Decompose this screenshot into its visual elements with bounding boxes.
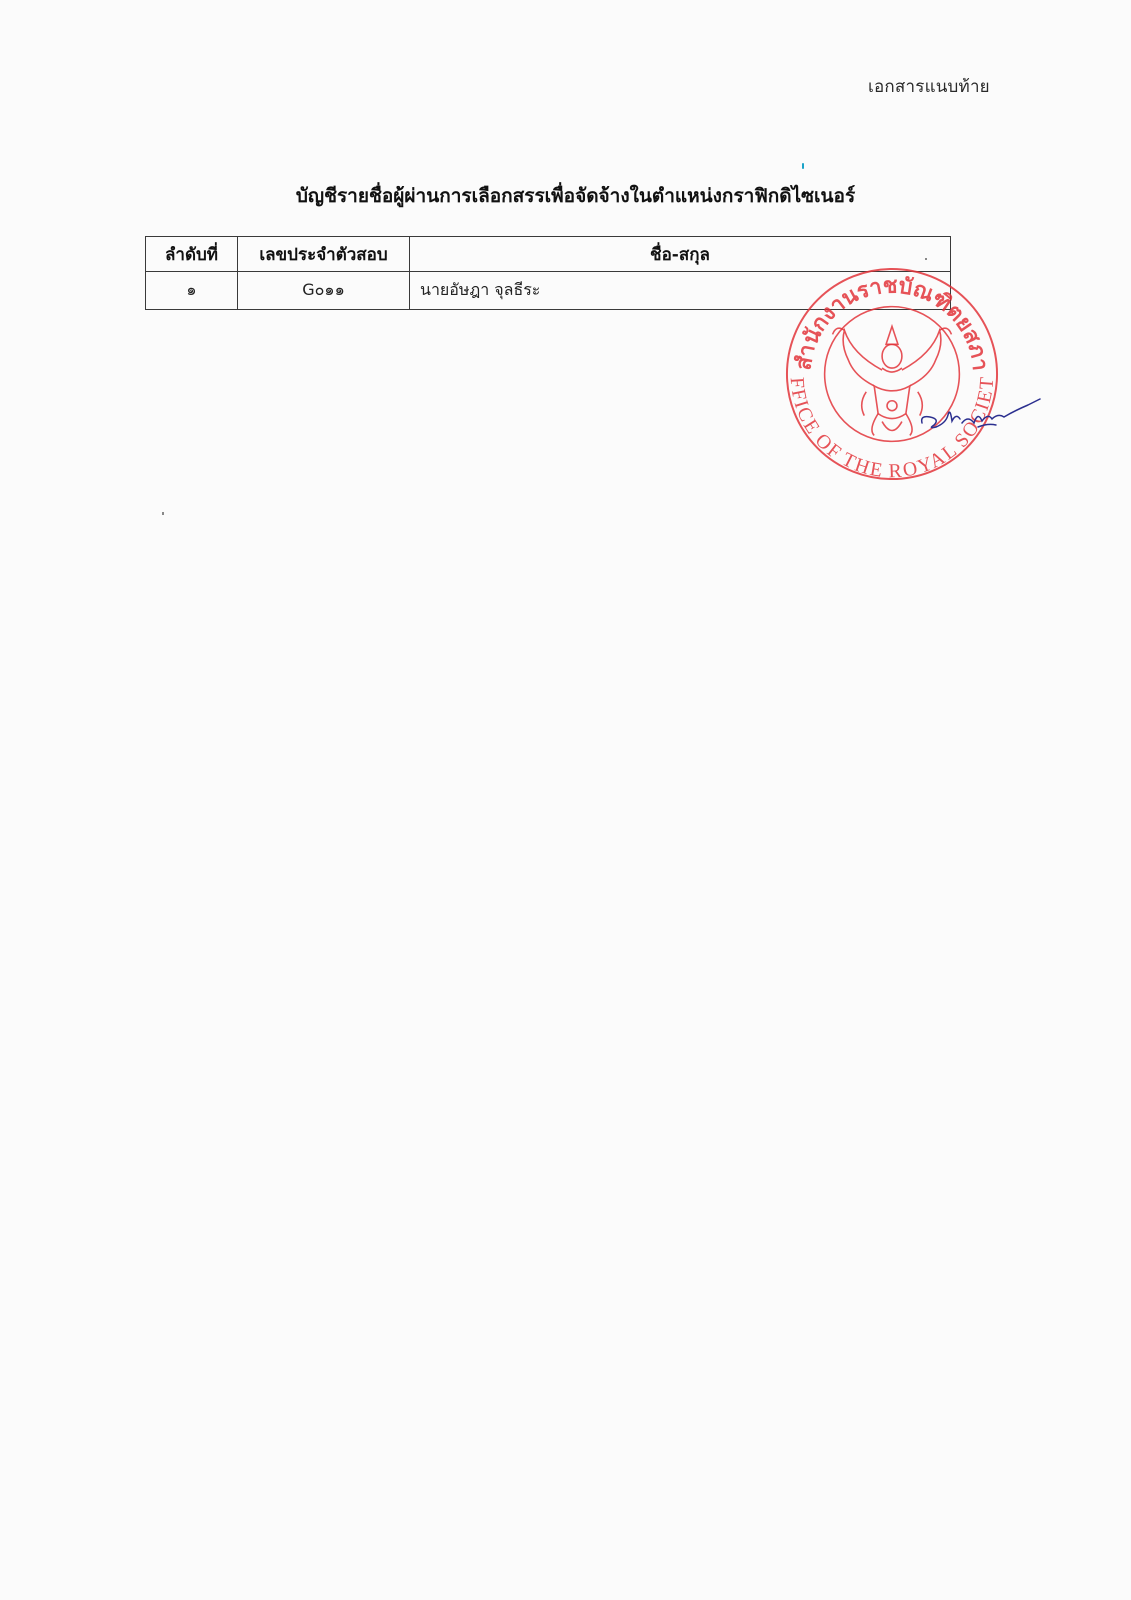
cell-order: ๑ bbox=[146, 272, 238, 310]
scan-speck bbox=[162, 512, 164, 515]
attachment-label: เอกสารแนบท้าย bbox=[868, 73, 990, 100]
column-header-order: ลำดับที่ bbox=[146, 237, 238, 272]
cell-exam-id: G๐๑๑ bbox=[238, 272, 410, 310]
column-header-name: ชื่อ-สกุล bbox=[410, 237, 951, 272]
column-header-exam-id: เลขประจำตัวสอบ bbox=[238, 237, 410, 272]
cell-name: นายอัษฎา จุลธีระ bbox=[410, 272, 951, 310]
results-table: ลำดับที่ เลขประจำตัวสอบ ชื่อ-สกุล ๑ G๐๑๑… bbox=[145, 236, 951, 310]
scan-speck bbox=[802, 163, 804, 169]
document-page: เอกสารแนบท้าย บัญชีรายชื่อผู้ผ่านการเลือ… bbox=[0, 0, 1131, 1600]
table-row: ๑ G๐๑๑ นายอัษฎา จุลธีระ bbox=[146, 272, 951, 310]
document-title: บัญชีรายชื่อผู้ผ่านการเลือกสรรเพื่อจัดจ้… bbox=[0, 181, 1131, 211]
table-header-row: ลำดับที่ เลขประจำตัวสอบ ชื่อ-สกุล bbox=[146, 237, 951, 272]
scan-speck bbox=[925, 258, 927, 260]
signature-icon bbox=[918, 393, 1043, 433]
